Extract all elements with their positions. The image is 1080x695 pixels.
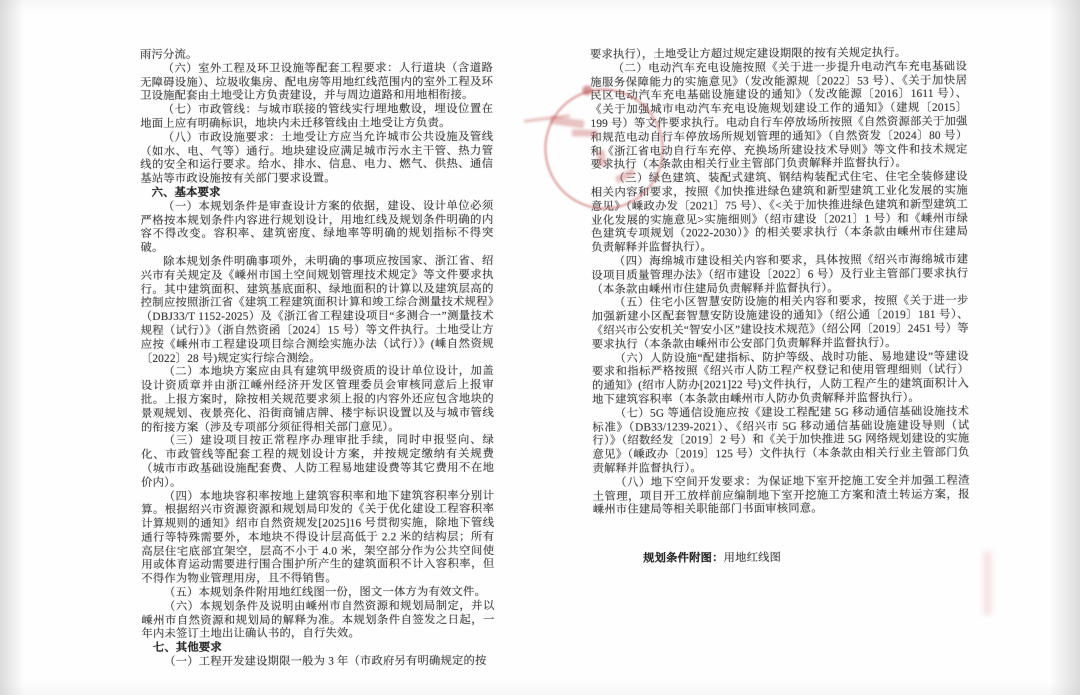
- document-page: 雨污分流。（六）室外工程及环卫设施等配套工程要求：人行道块（含道路无障碍设施）、…: [0, 0, 1080, 695]
- paragraph: （二）本地块方案应由具有建筑甲级资质的设计单位设计，加盖设计资质章并由浙江嵊州经…: [141, 365, 494, 435]
- paragraph: （八）地下空间开发要求：为保证地下室开挖施工安全并加强工程渣土管理，项目开工放样…: [593, 474, 970, 518]
- paragraph: （七）市政管线：与城市联接的管线实行埋地敷设，埋设位置在地面上应有明确标识，地块…: [140, 103, 493, 132]
- paragraph: （六）人防设施“配建指标、防护等级、战时功能、易地建设”等建设要求和指标严格按照…: [592, 350, 969, 407]
- right-column-paragraphs: 要求执行），土地受让方超过规定建设期限的按有关规定执行。（二）电动汽车充电设施按…: [590, 47, 970, 518]
- left-text-column: 雨污分流。（六）室外工程及环卫设施等配套工程要求：人行道块（含道路无障碍设施）、…: [140, 48, 495, 670]
- paragraph: （二）电动汽车充电设施按照《关于进一步提升电动汽车充电基础设施服务保障能力的实施…: [590, 60, 968, 173]
- paragraph: （七）5G 等通信设施应按《建设工程配建 5G 移动通信基础设施技术标准》（DB…: [592, 405, 969, 476]
- paragraph: 雨污分流。: [140, 48, 493, 63]
- seal-ink-streak: [524, 114, 570, 123]
- paragraph: （三）绿色建筑、装配式建筑、钢结构装配式住宅、住宅全装修建设相关内容和要求，按照…: [591, 171, 968, 256]
- paragraph: （四）本地块容积率按地上建筑容积率和地下建筑容积率分别计算。根据绍兴市资源资源和…: [141, 490, 494, 588]
- attachment-figure-label: 规划条件附图：: [643, 552, 724, 564]
- section-heading: 六、基本要求: [140, 186, 493, 201]
- attachment-figure-value: 用地红线图: [724, 552, 782, 564]
- seal-mark: [550, 116, 585, 129]
- paragraph: 除本规划条件明确事项外，未明确的事项应按国家、浙江省、绍兴市有关规定及《嵊州市国…: [141, 255, 494, 366]
- paragraph: （五）住宅小区智慧安防设施的相关内容和要求，按照《关于进一步加强新建小区配套智慧…: [592, 295, 969, 352]
- section-heading: 七、其他要求: [142, 641, 495, 656]
- paragraph: （四）海绵城市建设相关内容和要求，具体按照《绍兴市海绵城市建设项目质量管理办法》…: [591, 254, 968, 298]
- paragraph: （八）市政设施要求：土地受让方应当允许城市公共设施及管线（如水、电、气等）通行。…: [140, 131, 493, 187]
- paragraph: （三）建设项目按正常程序办理审批手续，同时申报竖向、绿化、市政管线等配套工程的规…: [141, 434, 494, 490]
- paragraph: （六）本规划条件及说明由嵊州市自然资源和规划局制定，并以嵊州市自然资源和规划局的…: [141, 600, 494, 642]
- right-text-column: 要求执行），土地受让方超过规定建设期限的按有关规定执行。（二）电动汽车充电设施按…: [590, 47, 970, 567]
- attachment-figure-line: 规划条件附图：用地红线图: [643, 551, 970, 567]
- scan-ink-smudge: [983, 551, 992, 615]
- paragraph: （六）室外工程及环卫设施等配套工程要求：人行道块（含道路无障碍设施）、垃圾收集房…: [140, 62, 493, 104]
- paragraph: （五）本规划条件附用地红线图一份，图文一体方为有效文件。: [141, 586, 494, 601]
- paragraph: （一）工程开发建设期限一般为 3 年（市政府另有明确规定的按: [142, 655, 495, 670]
- paragraph: （一）本规划条件是审查设计方案的依据，建设、设计单位必须严格按本规划条件内容进行…: [140, 200, 493, 256]
